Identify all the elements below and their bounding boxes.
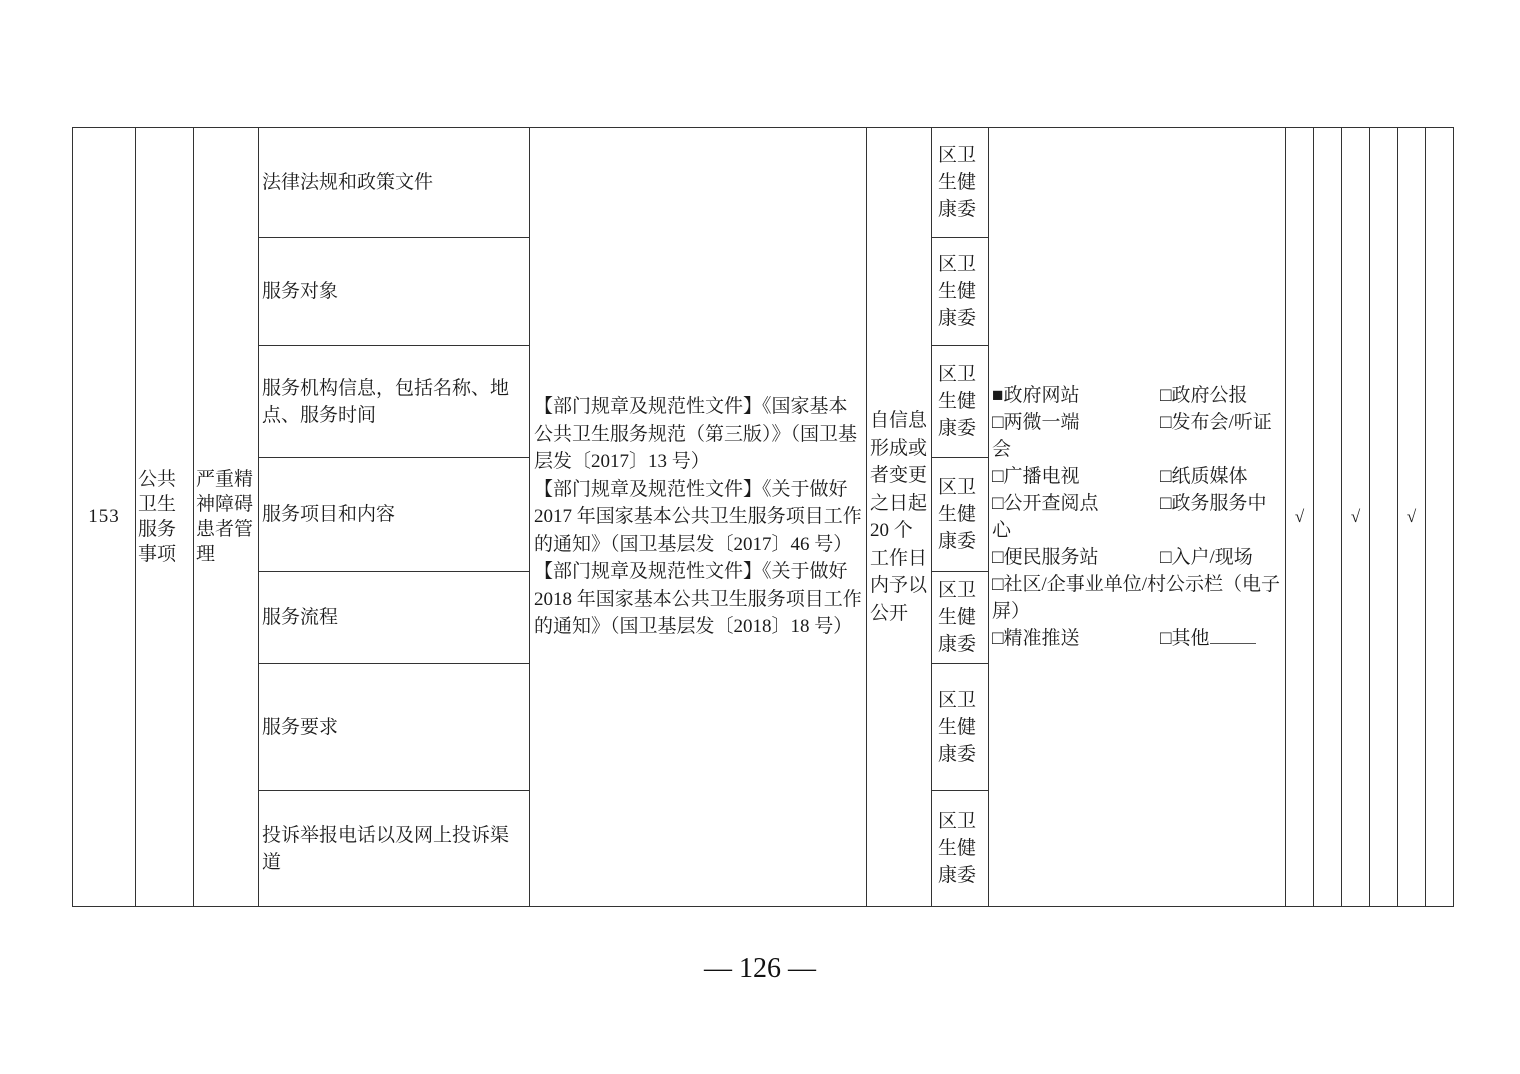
page-number: — 126 — (0, 953, 1520, 985)
fill-in-blank-line (1210, 629, 1256, 644)
responsible-dept-cell: 区卫生健康委 (932, 458, 989, 572)
channel-line-continuation: 屏） (992, 598, 1285, 625)
channel-option: □便民服务站 (992, 544, 1160, 571)
channel-option-label: 政务服务中 (1171, 493, 1266, 514)
responsible-dept-text: 区卫生健康委 (938, 251, 982, 332)
checkbox-empty-icon: □ (1160, 466, 1171, 487)
subitem-cell: 法律法规和政策文件 (259, 128, 530, 238)
channel-option: □入户/现场 (1160, 547, 1253, 568)
channels-cell: ■政府网站□政府公报 □两微一端□发布会/听证 会 □广播电视□纸质媒体 □公开… (989, 128, 1286, 907)
channel-option-label: 其他 (1171, 628, 1209, 649)
channel-option: □其他 (1160, 628, 1256, 649)
channel-line: □便民服务站□入户/现场 (992, 544, 1285, 571)
channel-option-label: 政府公报 (1171, 385, 1247, 406)
checkbox-empty-icon: □ (1160, 493, 1171, 514)
responsible-dept-cell: 区卫生健康委 (932, 346, 989, 458)
responsible-dept-cell: 区卫生健康委 (932, 664, 989, 791)
channel-line: □两微一端□发布会/听证 (992, 409, 1285, 436)
checkbox-empty-icon: □ (992, 412, 1003, 433)
channel-option: □纸质媒体 (1160, 466, 1248, 487)
checkbox-empty-icon: □ (1160, 628, 1171, 649)
subitem-cell: 服务机构信息，包括名称、地点、服务时间 (259, 346, 530, 458)
legal-basis-entry: 【部门规章及规范性文件】《关于做好2018 年国家基本公共卫生服务项目工作的通知… (534, 558, 862, 641)
checkmark-icon: √ (1351, 507, 1360, 526)
checkbox-filled-icon: ■ (992, 385, 1003, 406)
checkmark-icon: √ (1407, 507, 1416, 526)
checkbox-empty-icon: □ (1160, 412, 1171, 433)
legal-basis-entry: 【部门规章及规范性文件】《国家基本公共卫生服务规范（第三版）》（国卫基层发〔20… (534, 393, 862, 476)
responsible-dept-text: 区卫生健康委 (938, 577, 982, 658)
responsible-dept-cell: 区卫生健康委 (932, 572, 989, 664)
checkbox-empty-icon: □ (992, 628, 1003, 649)
channel-option: □精准推送 (992, 625, 1160, 652)
channel-option-label: 广播电视 (1003, 466, 1079, 487)
channel-option: □政务服务中 (1160, 493, 1267, 514)
publicity-check-cell: √ (1342, 128, 1370, 907)
responsible-dept-cell: 区卫生健康委 (932, 238, 989, 346)
publicity-check-cell: √ (1398, 128, 1426, 907)
serial-number-cell: 153 (73, 128, 136, 907)
table-row: 153 公共卫生服务事项 严重精神障碍患者管理 法律法规和政策文件 【部门规章及… (73, 128, 1454, 238)
legal-basis-cell: 【部门规章及规范性文件】《国家基本公共卫生服务规范（第三版）》（国卫基层发〔20… (530, 128, 867, 907)
channel-line-continuation: 心 (992, 517, 1285, 544)
responsible-dept-cell: 区卫生健康委 (932, 128, 989, 238)
subitem-cell: 服务流程 (259, 572, 530, 664)
responsible-dept-text: 区卫生健康委 (938, 808, 982, 889)
channel-option: □发布会/听证 (1160, 412, 1272, 433)
publicity-check-cell (1370, 128, 1398, 907)
channel-option-label: 便民服务站 (1003, 547, 1098, 568)
document-page: 153 公共卫生服务事项 严重精神障碍患者管理 法律法规和政策文件 【部门规章及… (0, 0, 1520, 1074)
responsible-dept-text: 区卫生健康委 (938, 687, 982, 768)
item-name-cell: 严重精神障碍患者管理 (194, 128, 259, 907)
channel-option-label: 精准推送 (1003, 628, 1079, 649)
channel-line-continuation: 会 (992, 436, 1285, 463)
subitem-cell: 服务项目和内容 (259, 458, 530, 572)
channel-option-label: 社区/企事业单位/村公示栏（电子 (1003, 574, 1280, 595)
channel-option: □两微一端 (992, 409, 1160, 436)
checkbox-empty-icon: □ (992, 493, 1003, 514)
channel-option-label: 政府网站 (1003, 385, 1079, 406)
channel-option-label: 两微一端 (1003, 412, 1079, 433)
responsible-dept-text: 区卫生健康委 (938, 361, 982, 442)
channel-option: □公开查阅点 (992, 490, 1160, 517)
channel-line: □广播电视□纸质媒体 (992, 463, 1285, 490)
channel-line: □精准推送□其他 (992, 625, 1285, 652)
channel-option: □社区/企事业单位/村公示栏（电子 (992, 574, 1280, 595)
channel-option: □政府公报 (1160, 385, 1248, 406)
checkbox-empty-icon: □ (992, 466, 1003, 487)
checkbox-empty-icon: □ (992, 574, 1003, 595)
subitem-cell: 服务对象 (259, 238, 530, 346)
channel-line: □社区/企事业单位/村公示栏（电子 (992, 571, 1285, 598)
subitem-cell: 投诉举报电话以及网上投诉渠道 (259, 791, 530, 907)
time-limit-text: 自信息形成或者变更之日起20 个工作日内予以公开 (870, 407, 930, 627)
checkbox-empty-icon: □ (1160, 385, 1171, 406)
channel-option: ■政府网站 (992, 382, 1160, 409)
time-limit-cell: 自信息形成或者变更之日起20 个工作日内予以公开 (867, 128, 932, 907)
checkbox-empty-icon: □ (992, 547, 1003, 568)
item-name-text: 严重精神障碍患者管理 (196, 467, 258, 567)
responsible-dept-text: 区卫生健康委 (938, 142, 982, 223)
category-cell: 公共卫生服务事项 (136, 128, 194, 907)
responsible-dept-text: 区卫生健康委 (938, 474, 982, 555)
channel-option: □广播电视 (992, 463, 1160, 490)
channel-option-label: 发布会/听证 (1171, 412, 1271, 433)
channel-option-label: 纸质媒体 (1171, 466, 1247, 487)
legal-basis-entry: 【部门规章及规范性文件】《关于做好2017 年国家基本公共卫生服务项目工作的通知… (534, 476, 862, 559)
checkmark-icon: √ (1295, 507, 1304, 526)
publicity-check-cell (1426, 128, 1454, 907)
responsible-dept-cell: 区卫生健康委 (932, 791, 989, 907)
publicity-check-cell (1314, 128, 1342, 907)
disclosure-items-table: 153 公共卫生服务事项 严重精神障碍患者管理 法律法规和政策文件 【部门规章及… (72, 127, 1454, 907)
category-text: 公共卫生服务事项 (138, 467, 182, 567)
subitem-cell: 服务要求 (259, 664, 530, 791)
publicity-check-cell: √ (1286, 128, 1314, 907)
channel-option-label: 入户/现场 (1171, 547, 1252, 568)
channel-option-label: 公开查阅点 (1003, 493, 1098, 514)
channel-line: □公开查阅点□政务服务中 (992, 490, 1285, 517)
channel-line: ■政府网站□政府公报 (992, 382, 1285, 409)
checkbox-empty-icon: □ (1160, 547, 1171, 568)
